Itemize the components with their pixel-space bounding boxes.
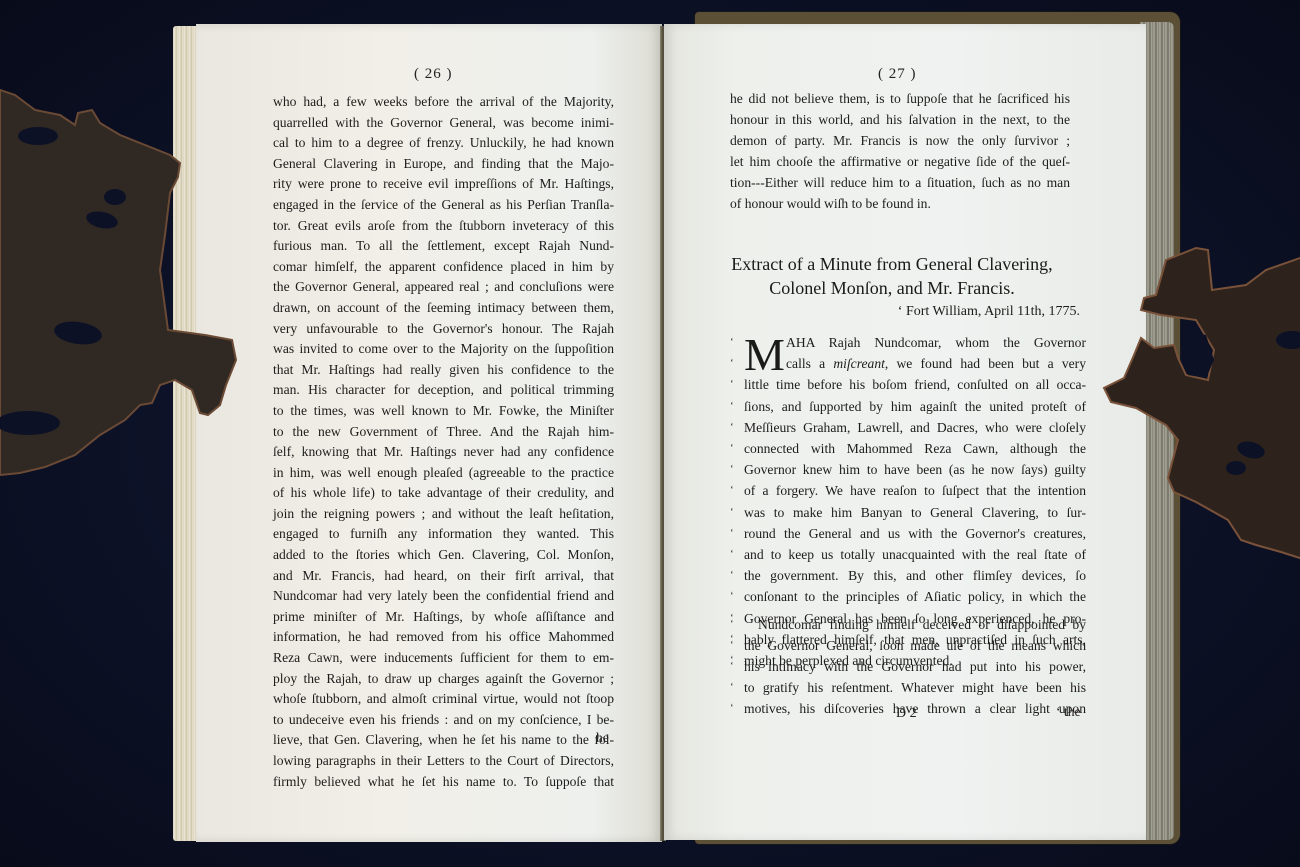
text-line: tion---Either will reduce him to a ſitua… (730, 172, 1070, 193)
text-line: ‘ſions, and ſupported by him againſt the… (730, 396, 1086, 417)
text-line: demon of party. Mr. Francis is now the o… (730, 130, 1070, 151)
text-line: ‘and to keep us totally unacquainted wit… (730, 544, 1086, 565)
quote-mark: ‘ (730, 332, 742, 353)
miscreant-italic: miſcreant (833, 356, 885, 371)
text-line: ploy the Rajah, to draw up charges again… (273, 669, 614, 690)
text-line: ‘of a forgery. We have reaſon to ſuſpect… (730, 480, 1086, 501)
text-line: ‘to gratify his reſentment. Whatever mig… (730, 677, 1086, 698)
text-line: Reza Cawn, were inducements ſufficient f… (273, 648, 614, 669)
text-line: furious man. To all the ſettlement, exce… (273, 236, 614, 257)
text-line: honour in this world, and his ſalvation … (730, 109, 1070, 130)
left-page: ( 26 ) who had, a few weeks before the a… (196, 24, 662, 842)
text-line: lowing paragraphs in their Letters to th… (273, 751, 614, 772)
quote-mark: ‘ (730, 698, 742, 719)
text-line: added to the ſtories which Gen. Claverin… (273, 545, 614, 566)
quote-mark: ‘ (730, 396, 742, 417)
text-line: ‘his intimacy with the Governor had put … (730, 656, 1086, 677)
text-line: to the new Government of Three. And the … (273, 422, 614, 443)
text-line: let him chooſe the affirmative or negati… (730, 151, 1070, 172)
quote-mark: ‘ (730, 635, 742, 656)
text-line: ‘little time before his boſom friend, co… (730, 374, 1086, 395)
text-line: ſelf, knowing that Mr. Haſtings never ha… (273, 442, 614, 463)
page-number-26: ( 26 ) (414, 66, 453, 83)
text-line: very unfavourable to the Governor's hono… (273, 319, 614, 340)
text-line: ‘round the General and us with the Gover… (730, 523, 1086, 544)
text-line: he did not believe them, is to ſuppoſe t… (730, 88, 1070, 109)
text-line: join the reigning powers ; and without t… (273, 504, 614, 525)
metal-weight-icon (0, 85, 240, 565)
quote-mark: ‘ (730, 374, 742, 395)
quote-mark: ‘ (730, 586, 742, 607)
text-line: to the times, was well known to Mr. Fowk… (273, 401, 614, 422)
text-line: drawn, on account of the ſeeming intimac… (273, 298, 614, 319)
text-line: ‘the government. By this, and other flim… (730, 565, 1086, 586)
minute-paragraph-2: ‘Nundcomar finding himſelf deceived or d… (730, 614, 1086, 719)
text-line: man. His character for deception, and po… (273, 380, 614, 401)
quote-mark: ‘ (730, 523, 742, 544)
quote-mark: ‘ (730, 565, 742, 586)
text-line: of honour would wiſh to be found in. (730, 193, 1070, 214)
quote-mark: ‘ (730, 656, 742, 677)
right-catchword: ‘ the (1056, 704, 1081, 720)
extract-heading-line2: Colonel Monſon, and Mr. Francis. (702, 276, 1082, 300)
text-line: engaged to furniſh any information they … (273, 524, 614, 545)
text-line: prime miniſter of Mr. Haſtings, by whoſe… (273, 607, 614, 628)
text-line: ‘conſonant to the principles of Aſiatic … (730, 586, 1086, 607)
text-line: that Mr. Haſtings had really given his c… (273, 360, 614, 381)
text-line: information, he had removed from his off… (273, 627, 614, 648)
text-line: Nundcomar had very lately been the confi… (273, 586, 614, 607)
text-line: who had, a few weeks before the arrival … (273, 92, 614, 113)
quote-mark: ‘ (730, 353, 742, 374)
left-page-body: who had, a few weeks before the arrival … (273, 92, 614, 792)
para1-first-line: AHA Rajah Nundcomar, whom the Governor (786, 335, 1086, 350)
quote-mark: ‘ (730, 614, 742, 635)
para1-second-line-a: calls a (786, 356, 833, 371)
text-line: quarrelled with the Governor General, wa… (273, 113, 614, 134)
text-line: tor. Great evils aroſe from the ſtubborn… (273, 216, 614, 237)
signature-mark: D 2 (896, 706, 917, 722)
text-line: and Mr. Francis, had heard, on their fir… (273, 566, 614, 587)
right-page-intro: he did not believe them, is to ſuppoſe t… (730, 88, 1070, 214)
text-line: ‘the Governor General, ſoon made uſe of … (730, 635, 1086, 656)
text-line: ‘Meſſieurs Graham, Lawrell, and Dacres, … (730, 417, 1086, 438)
text-line: ‘Nundcomar finding himſelf deceived or d… (730, 614, 1086, 635)
metal-weight-icon (1096, 240, 1300, 570)
left-catchword: he (596, 730, 609, 746)
text-line: lieve, that Gen. Clavering, when he ſet … (273, 730, 614, 751)
quote-mark: ‘ (730, 544, 742, 565)
right-page: ( 27 ) he did not believe them, is to ſu… (664, 24, 1146, 840)
dateline: ‘ Fort William, April 11th, 1775. (870, 304, 1080, 320)
text-line: to undeceive even his friends : and on m… (273, 710, 614, 731)
quote-mark: ‘ (730, 677, 742, 698)
text-line: rity were prone to receive evil impreſſi… (273, 174, 614, 195)
quote-mark: ‘ (730, 480, 742, 501)
quote-mark: ‘ (730, 459, 742, 480)
page-number-27: ( 27 ) (878, 66, 917, 83)
text-line: in him, was well enough pleaſed (agreeab… (273, 463, 614, 484)
text-line: cal to him to a degree of frenzy. Unluck… (273, 133, 614, 154)
text-line: General Clavering in Europe, and finding… (273, 154, 614, 175)
text-line: whoſe ſtubborn, and almoſt criminal virt… (273, 689, 614, 710)
quote-mark: ‘ (730, 417, 742, 438)
quote-mark: ‘ (730, 438, 742, 459)
quote-mark: ‘ (730, 502, 742, 523)
text-line: engaged in the ſervice of the General as… (273, 195, 614, 216)
text-line: ‘Governor knew him to have been (as he n… (730, 459, 1086, 480)
text-line: comar himſelf, the apparent confidence p… (273, 257, 614, 278)
text-line: the Governor General, appeared real ; an… (273, 277, 614, 298)
text-line: ‘connected with Mahommed Reza Cawn, alth… (730, 438, 1086, 459)
extract-heading-line1: Extract of a Minute from General Claveri… (702, 252, 1082, 276)
para1-second-line-b: , we found had been but a very (885, 356, 1086, 371)
text-line: ‘was to make him Banyan to General Clave… (730, 502, 1086, 523)
text-line: firmly believed what he ſet his name to.… (273, 772, 614, 793)
text-line: of his whole life) to take advantage of … (273, 483, 614, 504)
text-line: was invited to come over to the Majority… (273, 339, 614, 360)
